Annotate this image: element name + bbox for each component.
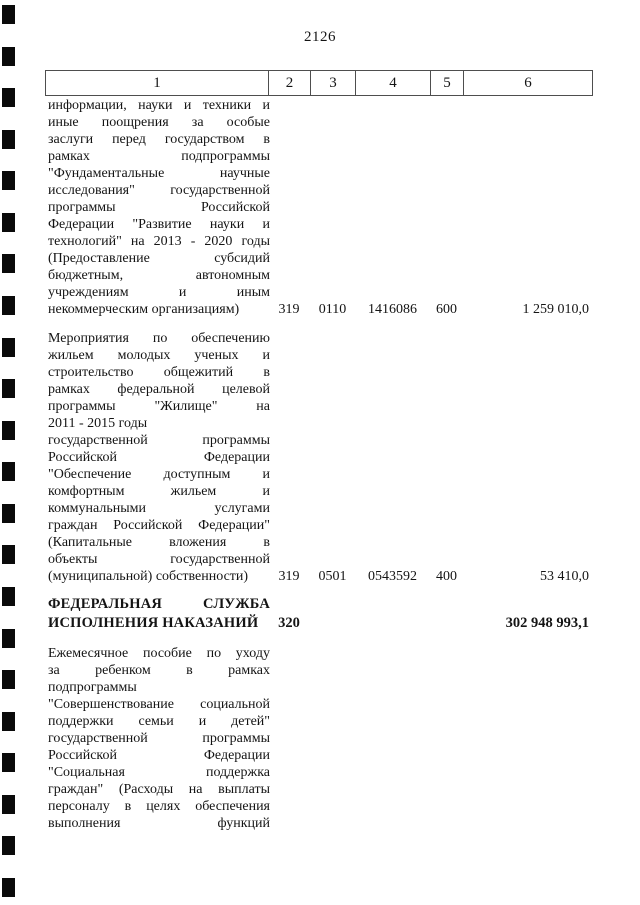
text-line: объекты государственной [48, 551, 270, 568]
text-line: заслуги перед государством в [48, 131, 270, 148]
header-cell-1: 1 [46, 71, 269, 95]
text-line: бюджетным, автономным [48, 267, 270, 284]
text-line: персоналу в целях обеспечения [48, 798, 270, 815]
scan-edge-mark [2, 379, 15, 398]
table-row: Ежемесячное пособие по уходуза ребенком … [45, 645, 593, 832]
scan-edge-mark [2, 753, 15, 772]
row-amount-cell: 53 410,0 [463, 568, 591, 585]
row-code-type: 600 [430, 301, 463, 318]
row-code-type: 400 [430, 568, 463, 585]
scan-edge-mark [2, 836, 15, 855]
scan-edge-mark [2, 462, 15, 481]
text-line: информации, науки и техники и [48, 97, 270, 114]
text-line: граждан" (Расходы на выплаты [48, 781, 270, 798]
text-line: выполнения функций [48, 815, 270, 832]
text-line: 2011 - 2015 годы [48, 415, 270, 432]
text-line: Российской Федерации [48, 747, 270, 764]
row-code-chapter: 320 [268, 614, 310, 633]
scan-edge-mark [2, 712, 15, 731]
scan-edge-mark [2, 421, 15, 440]
header-cell-2: 2 [269, 71, 311, 95]
table-row: Мероприятия по обеспечениюжильем молодых… [45, 330, 593, 585]
text-line: рамках подпрограммы [48, 148, 270, 165]
row-name-cell: информации, науки и техники ииные поощре… [48, 97, 270, 318]
document-page: 2126 1 2 3 4 5 6 информации, науки и тех… [0, 0, 640, 905]
scan-edge-mark [2, 670, 15, 689]
text-line: ИСПОЛНЕНИЯ НАКАЗАНИЙ [48, 614, 270, 633]
text-line: государственной программы [48, 730, 270, 747]
text-line: "Совершенствование социальной [48, 696, 270, 713]
text-line: Российской Федерации [48, 449, 270, 466]
text-line: исследования" государственной [48, 182, 270, 199]
header-cell-4: 4 [356, 71, 431, 95]
page-number: 2126 [0, 29, 640, 46]
text-line: строительство общежитий в [48, 364, 270, 381]
text-line: (Предоставление субсидий [48, 250, 270, 267]
header-cell-6: 6 [464, 71, 592, 95]
text-line: за ребенком в рамках [48, 662, 270, 679]
row-code-target: 1416086 [355, 301, 430, 318]
text-line: коммунальными услугами [48, 500, 270, 517]
scan-edge-mark [2, 587, 15, 606]
row-code-section: 0110 [310, 301, 355, 318]
header-cell-3: 3 [311, 71, 356, 95]
text-line: Ежемесячное пособие по уходу [48, 645, 270, 662]
scan-edge-mark [2, 5, 15, 24]
text-line: жильем молодых ученых и [48, 347, 270, 364]
scan-edge-mark [2, 130, 15, 149]
row-name-cell: Мероприятия по обеспечениюжильем молодых… [48, 330, 270, 585]
table-row-agency-heading: ФЕДЕРАЛЬНАЯ СЛУЖБАИСПОЛНЕНИЯ НАКАЗАНИЙ 3… [45, 595, 593, 633]
text-line: "Фундаментальные научные [48, 165, 270, 182]
scan-edge-mark [2, 545, 15, 564]
text-line: программы "Жилище" на [48, 398, 270, 415]
text-line: государственной программы [48, 432, 270, 449]
text-line: рамках федеральной целевой [48, 381, 270, 398]
scan-edge-mark [2, 629, 15, 648]
row-amount-cell: 1 259 010,0 [463, 301, 591, 318]
text-line: ФЕДЕРАЛЬНАЯ СЛУЖБА [48, 595, 270, 614]
text-line: технологий" на 2013 - 2020 годы [48, 233, 270, 250]
text-line: (Капитальные вложения в [48, 534, 270, 551]
table-body: информации, науки и техники ииные поощре… [45, 96, 593, 832]
row-code-target: 0543592 [355, 568, 430, 585]
scan-edge-mark [2, 878, 15, 897]
text-line: Федерации "Развитие науки и [48, 216, 270, 233]
scan-edge-mark [2, 47, 15, 66]
row-name-cell: Ежемесячное пособие по уходуза ребенком … [48, 645, 270, 832]
scan-edge-mark [2, 254, 15, 273]
header-cell-5: 5 [431, 71, 464, 95]
text-line: иные поощрения за особые [48, 114, 270, 131]
scan-edge-mark [2, 338, 15, 357]
row-code-section: 0501 [310, 568, 355, 585]
text-line: некоммерческим организациям) [48, 301, 270, 318]
table-header: 1 2 3 4 5 6 [45, 70, 593, 96]
row-amount-cell: 302 948 993,1 [463, 614, 591, 633]
scan-edge-mark [2, 213, 15, 232]
scan-edge-mark [2, 296, 15, 315]
scan-edge-mark [2, 504, 15, 523]
row-name-cell: ФЕДЕРАЛЬНАЯ СЛУЖБАИСПОЛНЕНИЯ НАКАЗАНИЙ [48, 595, 270, 633]
text-line: подпрограммы [48, 679, 270, 696]
table-row: информации, науки и техники ииные поощре… [45, 97, 593, 318]
text-line: программы Российской [48, 199, 270, 216]
scan-edge-mark [2, 88, 15, 107]
scan-edge-mark [2, 171, 15, 190]
text-line: (муниципальной) собственности) [48, 568, 270, 585]
text-line: поддержки семьи и детей" [48, 713, 270, 730]
text-line: граждан Российской Федерации" [48, 517, 270, 534]
text-line: "Обеспечение доступным и [48, 466, 270, 483]
text-line: комфортным жильем и [48, 483, 270, 500]
text-line: "Социальная поддержка [48, 764, 270, 781]
scan-edge-mark [2, 795, 15, 814]
row-code-chapter: 319 [268, 568, 310, 585]
text-line: учреждениям и иным [48, 284, 270, 301]
row-code-chapter: 319 [268, 301, 310, 318]
text-line: Мероприятия по обеспечению [48, 330, 270, 347]
